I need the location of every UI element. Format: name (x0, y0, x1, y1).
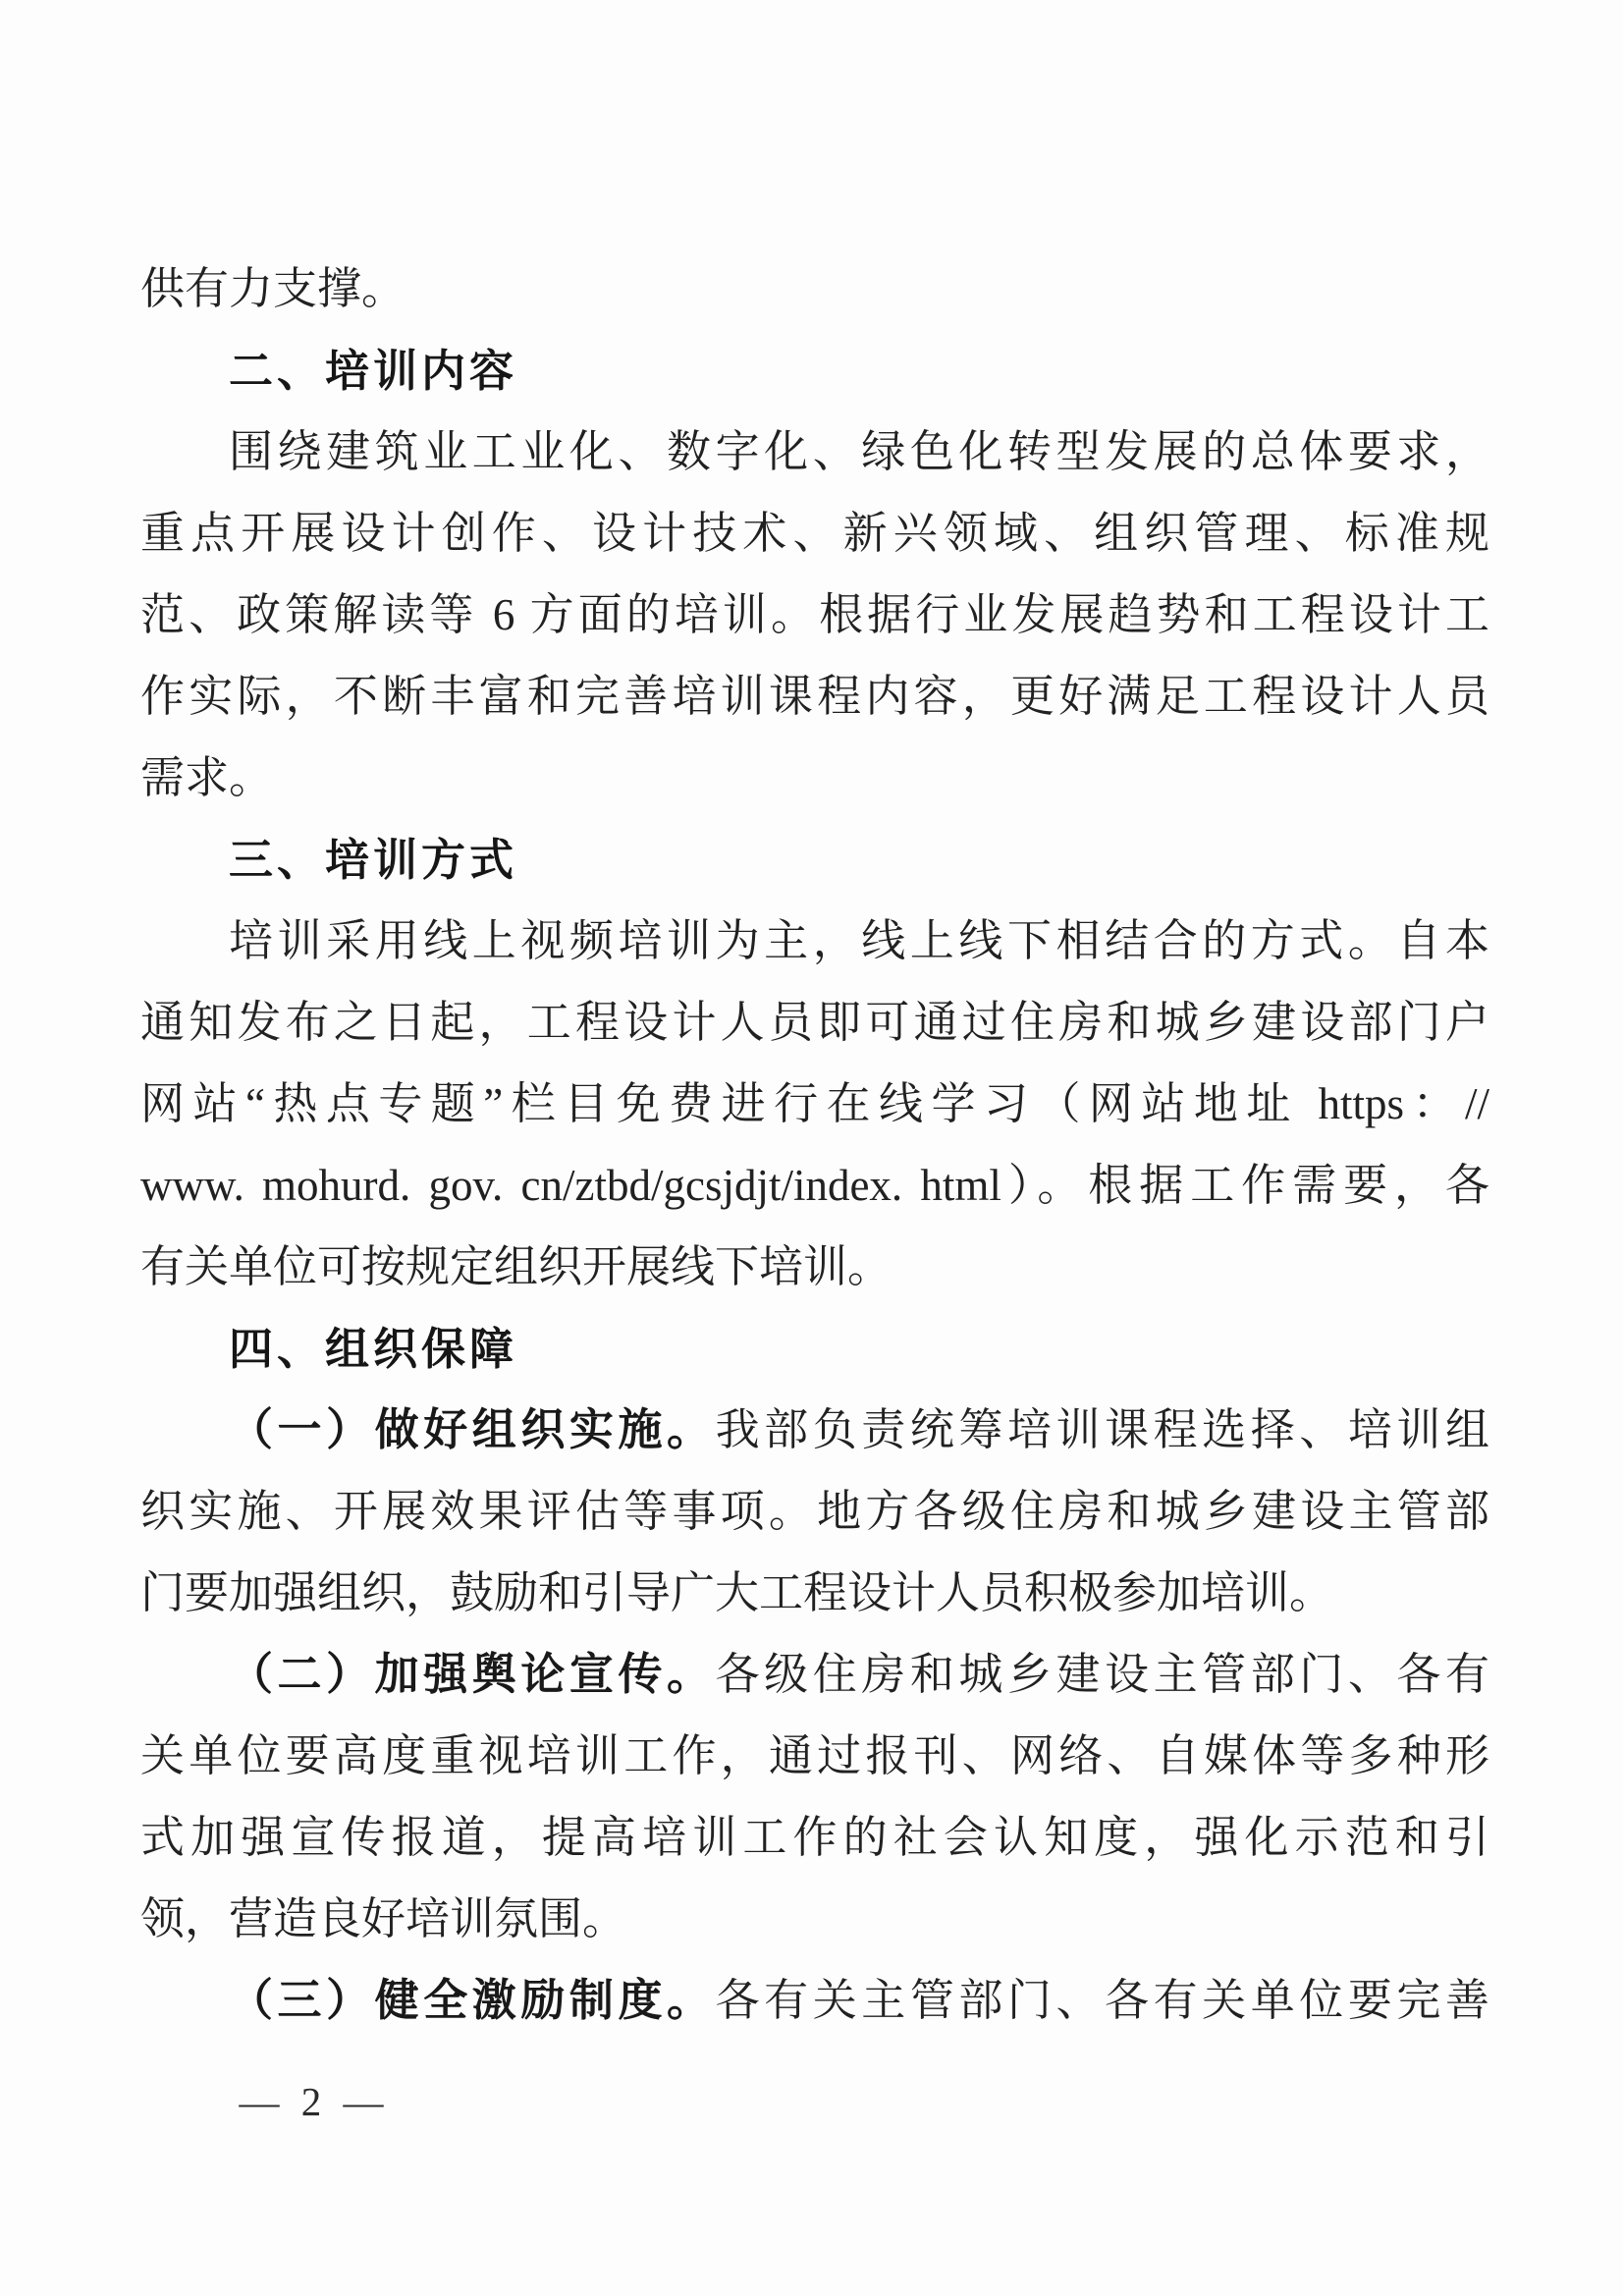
text-line: 培训采用线上视频培训为主，线上线下相结合的方式。自本 (140, 901, 1489, 982)
section-heading-2: 二、培训内容 (140, 330, 1489, 411)
text-line: 供有力支撑。 (140, 248, 1489, 330)
list-item-text: 我部负责统筹培训课程选择、培训组 (716, 1405, 1489, 1454)
text-line: 作实际，不断丰富和完善培训课程内容，更好满足工程设计人员 (140, 656, 1489, 738)
list-item-lead: （一）做好组织实施。 (229, 1405, 716, 1454)
text-line: 范、政策解读等 6 方面的培训。根据行业发展趋势和工程设计工 (140, 574, 1489, 656)
list-item-lead: （三）健全激励制度。 (229, 1976, 716, 2025)
list-item-text: 各级住房和城乡建设主管部门、各有 (716, 1650, 1489, 1699)
text-line: （二）加强舆论宣传。各级住房和城乡建设主管部门、各有 (140, 1634, 1489, 1716)
text-line: （三）健全激励制度。各有关主管部门、各有关单位要完善 (140, 1960, 1489, 2042)
text-line: 通知发布之日起，工程设计人员即可通过住房和城乡建设部门户 (140, 982, 1489, 1064)
section-heading-4: 四、组织保障 (140, 1308, 1489, 1390)
section-heading-3: 三、培训方式 (140, 819, 1489, 901)
text-line: 式加强宣传报道，提高培训工作的社会认知度，强化示范和引 (140, 1797, 1489, 1879)
text-line: 领，营造良好培训氛围。 (140, 1879, 1489, 1960)
text-line: 关单位要高度重视培训工作，通过报刊、网络、自媒体等多种形 (140, 1716, 1489, 1797)
text-line: 需求。 (140, 738, 1489, 819)
text-line: 织实施、开展效果评估等事项。地方各级住房和城乡建设主管部 (140, 1471, 1489, 1553)
text-line: （一）做好组织实施。我部负责统筹培训课程选择、培训组 (140, 1390, 1489, 1471)
text-line: 门要加强组织，鼓励和引导广大工程设计人员积极参加培训。 (140, 1553, 1489, 1634)
list-item-text: 各有关主管部门、各有关单位要完善 (716, 1976, 1489, 2025)
page-number: — 2 — (221, 2066, 407, 2137)
list-item-lead: （二）加强舆论宣传。 (229, 1650, 716, 1699)
text-line: 有关单位可按规定组织开展线下培训。 (140, 1227, 1489, 1308)
text-line: 围绕建筑业工业化、数字化、绿色化转型发展的总体要求， (140, 411, 1489, 493)
text-line: 重点开展设计创作、设计技术、新兴领域、组织管理、标准规 (140, 493, 1489, 574)
text-line: www. mohurd. gov. cn/ztbd/gcsjdjt/index.… (140, 1145, 1489, 1227)
text-line: 网站“热点专题”栏目免费进行在线学习（网站地址 https：// (140, 1064, 1489, 1145)
document-page: 供有力支撑。 二、培训内容 围绕建筑业工业化、数字化、绿色化转型发展的总体要求，… (140, 248, 1489, 2042)
